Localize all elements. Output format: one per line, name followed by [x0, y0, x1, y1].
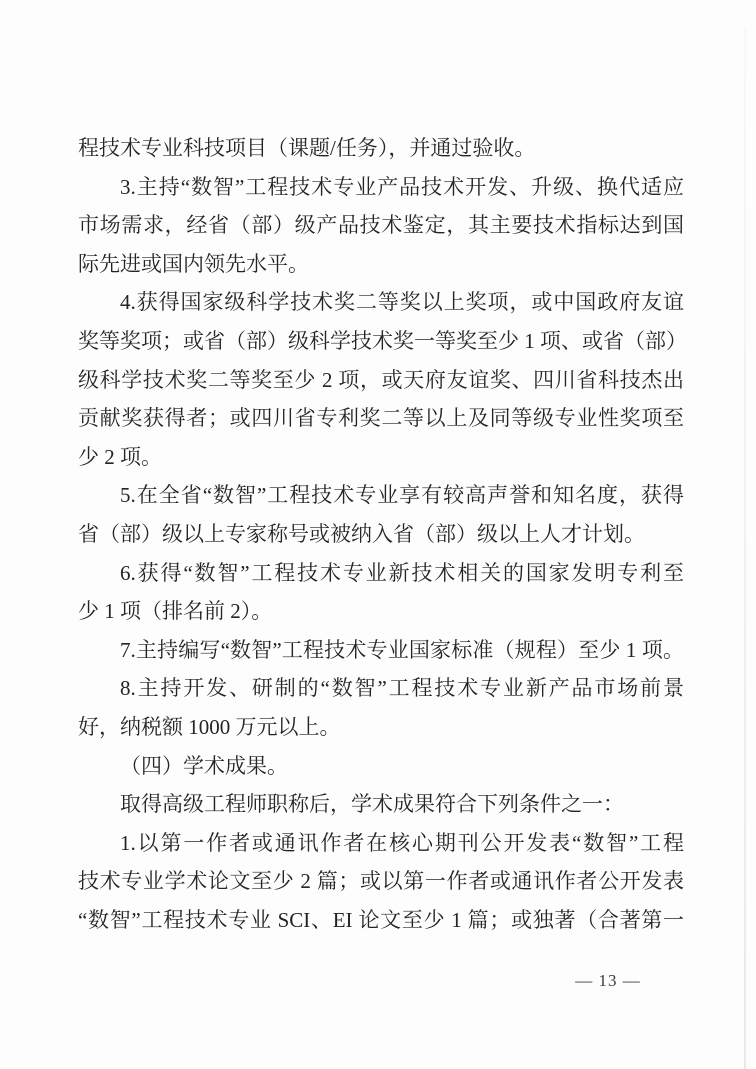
text-line: 少 1 项（排名前 2）。	[78, 592, 684, 631]
text-line: 3.主持“数智”工程技术专业产品技术开发、升级、换代适应	[78, 168, 684, 207]
text-line: 5.在全省“数智”工程技术专业享有较高声誉和知名度，获得	[78, 476, 684, 515]
scan-edge-line	[744, 28, 746, 1069]
text-line: 7.主持编写“数智”工程技术专业国家标准（规程）至少 1 项。	[78, 631, 684, 670]
text-line: 6.获得“数智”工程技术专业新技术相关的国家发明专利至	[78, 554, 684, 593]
text-block: 程技术专业科技项目（课题/任务），并通过验收。3.主持“数智”工程技术专业产品技…	[78, 129, 684, 939]
text-line: 取得高级工程师职称后，学术成果符合下列条件之一：	[78, 785, 684, 824]
text-line: 级科学技术奖二等奖至少 2 项，或天府友谊奖、四川省科技杰出	[78, 361, 684, 400]
page-number: — 13 —	[553, 971, 663, 991]
text-line: 省（部）级以上专家称号或被纳入省（部）级以上人才计划。	[78, 515, 684, 554]
text-line: 1.以第一作者或通讯作者在核心期刊公开发表“数智”工程	[78, 824, 684, 863]
text-line: 程技术专业科技项目（课题/任务），并通过验收。	[78, 129, 684, 168]
text-line: 好，纳税额 1000 万元以上。	[78, 708, 684, 747]
text-line: 8.主持开发、研制的“数智”工程技术专业新产品市场前景	[78, 669, 684, 708]
text-line: 市场需求，经省（部）级产品技术鉴定，其主要技术指标达到国	[78, 206, 684, 245]
text-line: 技术专业学术论文至少 2 篇；或以第一作者或通讯作者公开发表	[78, 862, 684, 901]
text-line: 少 2 项。	[78, 438, 684, 477]
text-line: 奖等奖项；或省（部）级科学技术奖一等奖至少 1 项、或省（部）	[78, 322, 684, 361]
text-line: （四）学术成果。	[78, 747, 684, 786]
text-line: 际先进或国内领先水平。	[78, 245, 684, 284]
text-line: 4.获得国家级科学技术奖二等奖以上奖项，或中国政府友谊	[78, 283, 684, 322]
text-line: “数智”工程技术专业 SCI、EI 论文至少 1 篇；或独著（合著第一	[78, 901, 684, 940]
text-line: 贡献奖获得者；或四川省专利奖二等以上及同等级专业性奖项至	[78, 399, 684, 438]
document-page: 程技术专业科技项目（课题/任务），并通过验收。3.主持“数智”工程技术专业产品技…	[0, 0, 756, 1069]
